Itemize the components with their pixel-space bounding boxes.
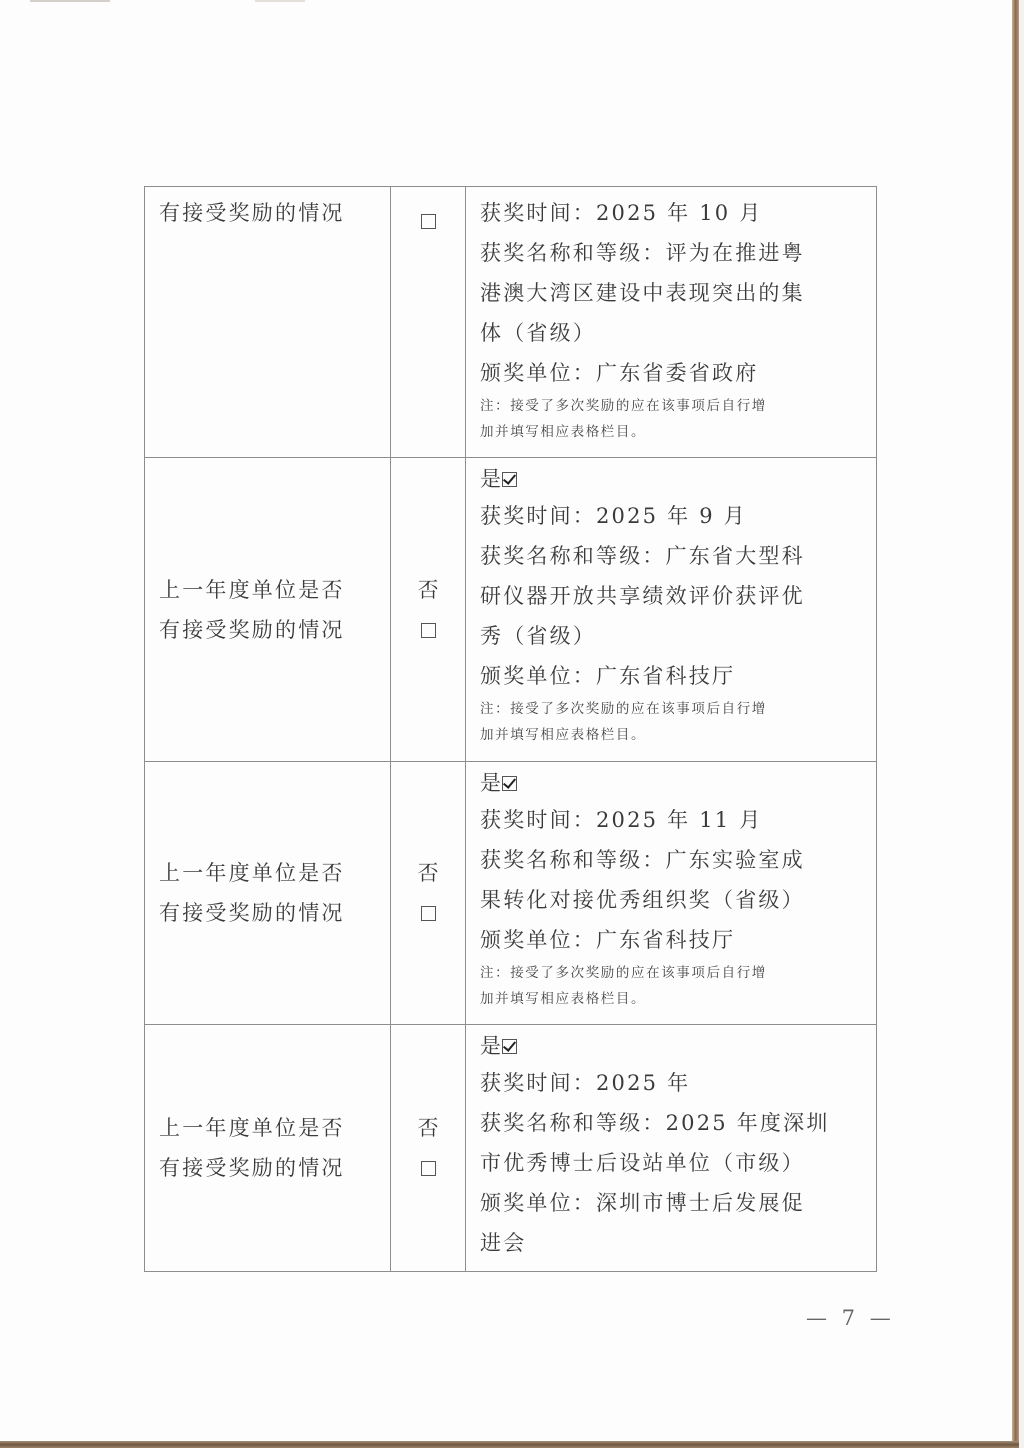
question-label: 有接受奖励的情况: [159, 610, 390, 650]
scan-smudge: [255, 0, 305, 2]
award-name-line: 果转化对接优秀组织奖（省级）: [480, 880, 870, 920]
no-checkbox[interactable]: [421, 1161, 436, 1176]
award-issuer: 进会: [480, 1223, 870, 1263]
award-detail-cell: 是 获奖时间：2025 年 获奖名称和等级：2025 年度深圳 市优秀博士后设站…: [466, 1025, 877, 1272]
award-name-line: 获奖名称和等级：广东省大型科: [480, 536, 870, 576]
note-text: 注：接受了多次奖励的应在该事项后自行增: [480, 960, 870, 986]
award-name-line: 获奖名称和等级：2025 年度深圳: [480, 1103, 870, 1143]
note-text: 加并填写相应表格栏目。: [480, 722, 870, 748]
choice-no-cell: 否: [391, 458, 466, 762]
award-table: 有接受奖励的情况 获奖时间：2025 年 10 月 获奖名称和等级：评为在推进粤…: [144, 186, 877, 1272]
choice-no-cell: [391, 187, 466, 458]
award-issuer: 颁奖单位：广东省委省政府: [480, 353, 870, 393]
scan-smudge: [30, 0, 110, 2]
award-name-line: 获奖名称和等级：广东实验室成: [480, 840, 870, 880]
note-text: 加并填写相应表格栏目。: [480, 419, 870, 445]
table-row: 有接受奖励的情况 获奖时间：2025 年 10 月 获奖名称和等级：评为在推进粤…: [145, 187, 877, 458]
yes-checkbox-checked[interactable]: [502, 1039, 517, 1054]
yes-option: 是: [480, 766, 870, 800]
no-checkbox[interactable]: [421, 906, 436, 921]
award-issuer: 颁奖单位：广东省科技厅: [480, 656, 870, 696]
question-label: 上一年度单位是否: [159, 853, 390, 893]
award-detail-cell: 获奖时间：2025 年 10 月 获奖名称和等级：评为在推进粤 港澳大湾区建设中…: [466, 187, 877, 458]
award-time: 获奖时间：2025 年 10 月: [480, 193, 870, 233]
yes-option: 是: [480, 1029, 870, 1063]
page-margin-right: [1019, 0, 1024, 1448]
award-issuer: 颁奖单位：广东省科技厅: [480, 920, 870, 960]
no-label: 否: [391, 570, 465, 610]
page-edge-right: [1012, 0, 1019, 1448]
page-edge-bottom: [0, 1441, 1019, 1448]
award-detail-cell: 是 获奖时间：2025 年 9 月 获奖名称和等级：广东省大型科 研仪器开放共享…: [466, 458, 877, 762]
no-label: 否: [391, 1108, 465, 1148]
question-label-cell: 上一年度单位是否 有接受奖励的情况: [145, 762, 391, 1025]
question-label: 有接受奖励的情况: [159, 187, 390, 233]
no-label: 否: [391, 853, 465, 893]
question-label: 有接受奖励的情况: [159, 1148, 390, 1188]
yes-checkbox-checked[interactable]: [502, 472, 517, 487]
question-label: 上一年度单位是否: [159, 1108, 390, 1148]
choice-no-cell: 否: [391, 1025, 466, 1272]
question-label-cell: 有接受奖励的情况: [145, 187, 391, 458]
note-text: 注：接受了多次奖励的应在该事项后自行增: [480, 696, 870, 722]
table-row: 上一年度单位是否 有接受奖励的情况 否 是 获奖时间：2025 年 获奖名称和等…: [145, 1025, 877, 1272]
question-label: 上一年度单位是否: [159, 570, 390, 610]
choice-no-cell: 否: [391, 762, 466, 1025]
note-text: 加并填写相应表格栏目。: [480, 986, 870, 1012]
table-row: 上一年度单位是否 有接受奖励的情况 否 是 获奖时间：2025 年 11 月 获…: [145, 762, 877, 1025]
question-label-cell: 上一年度单位是否 有接受奖励的情况: [145, 458, 391, 762]
award-name-line: 市优秀博士后设站单位（市级）: [480, 1143, 870, 1183]
award-time: 获奖时间：2025 年: [480, 1063, 870, 1103]
yes-label: 是: [480, 1034, 502, 1058]
award-name-line: 秀（省级）: [480, 616, 870, 656]
award-detail-cell: 是 获奖时间：2025 年 11 月 获奖名称和等级：广东实验室成 果转化对接优…: [466, 762, 877, 1025]
yes-option: 是: [480, 462, 870, 496]
award-name-line: 研仪器开放共享绩效评价获评优: [480, 576, 870, 616]
award-name-line: 体（省级）: [480, 313, 870, 353]
table-row: 上一年度单位是否 有接受奖励的情况 否 是 获奖时间：2025 年 9 月 获奖…: [145, 458, 877, 762]
yes-label: 是: [480, 467, 502, 491]
question-label: 有接受奖励的情况: [159, 893, 390, 933]
note-text: 注：接受了多次奖励的应在该事项后自行增: [480, 393, 870, 419]
award-issuer: 颁奖单位：深圳市博士后发展促: [480, 1183, 870, 1223]
page-number: — 7 —: [806, 1306, 895, 1330]
yes-checkbox-checked[interactable]: [502, 776, 517, 791]
award-name-line: 获奖名称和等级：评为在推进粤: [480, 233, 870, 273]
no-checkbox[interactable]: [421, 214, 436, 229]
award-time: 获奖时间：2025 年 11 月: [480, 800, 870, 840]
award-time: 获奖时间：2025 年 9 月: [480, 496, 870, 536]
award-name-line: 港澳大湾区建设中表现突出的集: [480, 273, 870, 313]
no-checkbox[interactable]: [421, 623, 436, 638]
yes-label: 是: [480, 771, 502, 795]
question-label-cell: 上一年度单位是否 有接受奖励的情况: [145, 1025, 391, 1272]
